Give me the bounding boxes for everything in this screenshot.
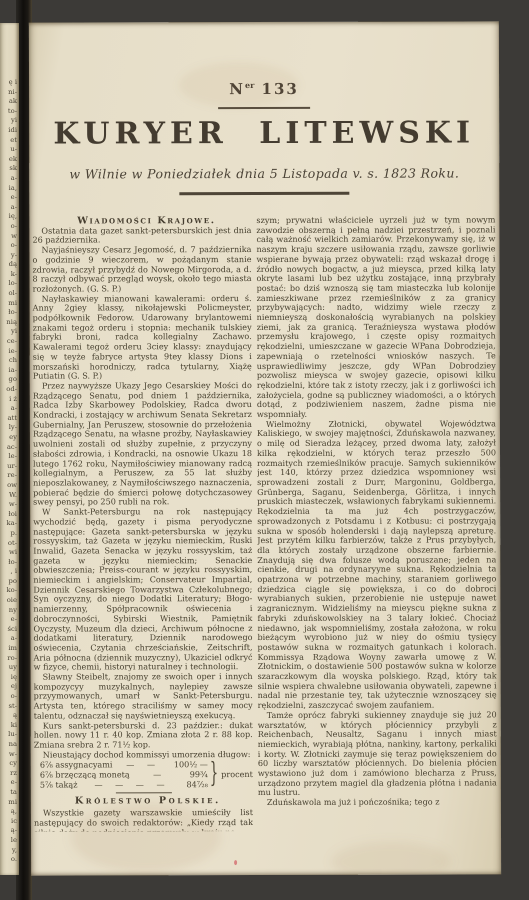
paragraph: Wielmożny Złotnicki, obywatel Województw…: [257, 419, 497, 711]
funds-table: 6⅞ assygnacyami — — 100½ — 6⅞ brzęczącą …: [40, 760, 253, 790]
paragraph: ka-: [0, 519, 17, 529]
funds-rows: 6⅞ assygnacyami — — 100½ — 6⅞ brzęczącą …: [40, 761, 208, 791]
funds-row: 5⅞ takąż — — — — 84⁷⁄₂₈: [40, 780, 208, 790]
funds-label: 5⅞ takąż: [40, 780, 78, 790]
paragraph: re-: [0, 471, 17, 481]
paragraph: w-: [0, 500, 17, 510]
paragraph: Nayłaskawiey mianowani kawalerami: order…: [33, 294, 252, 382]
paragraph: ę i: [0, 78, 17, 88]
paragraph: , i: [0, 567, 17, 577]
paragraph: wi: [0, 548, 17, 558]
paragraph: cy: [0, 759, 17, 769]
paragraph: oie: [0, 596, 17, 606]
funds-value: 84⁷⁄₂₈: [186, 780, 207, 790]
paragraph: ow: [0, 481, 17, 491]
paragraph: y-: [0, 251, 17, 261]
paragraph: ści: [0, 625, 17, 635]
section-divider-rule: [115, 793, 171, 794]
paragraph: ia,: [0, 184, 17, 194]
paragraph: u-: [0, 145, 17, 155]
paragraph: ur-: [0, 462, 17, 472]
paragraph: W.: [0, 491, 17, 501]
left-column: Wiadomości Krajowe. Ostatnia data gazet …: [32, 216, 253, 832]
paragraph: Nayjaśnieyszy Cesarz Jegomość, d. 7 paźd…: [32, 245, 251, 294]
paragraph: w: [0, 232, 17, 242]
paragraph: Ostatnia data gazet sankt-petersburskich…: [32, 226, 251, 246]
facing-page-edge: ę ini-akto-yiidietu-ekska-ia,e-a-ię,o-wo…: [0, 23, 19, 875]
masthead-rule-top: [218, 107, 310, 109]
paragraph: o-: [0, 241, 17, 251]
paragraph: e-: [0, 615, 17, 625]
paragraph: ch: [0, 356, 17, 366]
paragraph: ia-: [0, 366, 17, 376]
paragraph: lu-: [0, 730, 17, 740]
paragraph: ny: [0, 606, 17, 616]
paragraph: Zduńskawola ma już i pończośnika; tego z: [258, 798, 497, 808]
issue-number: Ner 133: [29, 79, 499, 98]
section-heading-kingdom-of-poland: Królestwo Polskie.: [34, 797, 253, 807]
paragraph: e-: [0, 778, 17, 788]
paragraph: Wszystkie gazety warszawskie umieściły l…: [34, 808, 253, 831]
paragraph: yi: [0, 116, 17, 126]
paragraph: dą: [0, 260, 17, 270]
paragraph: ej: [0, 682, 17, 692]
paragraph: Sławny Steibelt, znajomy ze swoich oper …: [34, 672, 253, 721]
red-ink-speck: [234, 860, 237, 865]
paragraph: ą,: [0, 807, 17, 817]
kingdom-of-poland-body: Wszystkie gazety warszawskie umieściły l…: [34, 808, 253, 831]
paragraph: a-: [0, 404, 17, 414]
paragraph: e-: [0, 193, 17, 203]
funds-brace-group: } procentow: [210, 770, 253, 780]
paragraph: szym; prywatni właściciele uyrzeli już w…: [256, 215, 496, 419]
text-columns: Wiadomości Krajowe. Ostatnia data gazet …: [29, 215, 501, 831]
paragraph: ie-: [0, 347, 17, 357]
paragraph: a-: [0, 174, 17, 184]
paragraph: a-: [0, 634, 17, 644]
paragraph: k-: [0, 270, 17, 280]
paragraph: a-: [0, 203, 17, 213]
paragraph: ą-: [0, 826, 17, 836]
paragraph: ce-: [0, 337, 17, 347]
paragraph: ly-: [0, 423, 17, 433]
newspaper-page: Ner 133 KURYER LITEWSKI w Wilnie w Ponie…: [29, 21, 501, 875]
paragraph: ro-: [0, 654, 17, 664]
paragraph: ą: [0, 711, 17, 721]
paragraph: ło-: [0, 558, 17, 568]
paragraph: et: [0, 136, 17, 146]
paragraph: łoi: [0, 510, 17, 520]
paragraph: st-: [0, 702, 17, 712]
paragraph: w-: [0, 750, 17, 760]
paragraph: uy: [0, 663, 17, 673]
paragraph: o.: [0, 855, 17, 865]
funds-dashes: — — — —: [78, 780, 187, 790]
issue-digits: 133: [262, 80, 299, 98]
paragraph: i ż: [0, 395, 17, 405]
paragraph: lo-: [0, 279, 17, 289]
facing-page-text-fragments: ę ini-akto-yiidietu-ekska-ia,e-a-ię,o-wo…: [0, 23, 19, 865]
paragraph: Nieustający dochod kommissyi umorzenia d…: [34, 750, 253, 760]
paragraph: Przez naywyższe Ukazy Jego Cesarskiey Mo…: [33, 381, 252, 508]
paragraph: W Sankt-Petersburgu na rok następujący w…: [33, 507, 252, 673]
paragraph: ta: [0, 788, 17, 798]
dateline: w Wilnie w Poniedziałek dnia 5 Listopada…: [29, 165, 499, 181]
paragraph: Kurs sankt-petersburski d. 23 paździer.:…: [34, 721, 253, 751]
paragraph: ic: [0, 817, 17, 827]
paragraph: ki: [0, 721, 17, 731]
paragraph: nią: [0, 318, 17, 328]
paragraph: ey: [0, 433, 17, 443]
scan-background: { "header": { "issue_prefix": "N", "issu…: [0, 0, 529, 900]
paragraph: le-: [0, 452, 17, 462]
masthead: Ner 133 KURYER LITEWSKI w Wilnie w Ponie…: [29, 21, 499, 195]
left-column-body: Ostatnia data gazet sankt-petersburskich…: [32, 226, 252, 760]
paragraph: im: [0, 644, 17, 654]
paragraph: p.: [0, 529, 17, 539]
paper-stain: [331, 842, 451, 876]
paragraph: Tamże oprócz fabryki sukienney znayduje …: [258, 710, 497, 798]
paragraph: sk: [0, 164, 17, 174]
paragraph: ię: [0, 673, 17, 683]
paragraph: od-: [0, 385, 17, 395]
paragraph: o-: [0, 222, 17, 232]
funds-brace-label: procentow: [221, 770, 253, 780]
newspaper-title: KURYER LITEWSKI: [29, 115, 499, 151]
paragraph: mi: [0, 299, 17, 309]
paragraph: ni-: [0, 88, 17, 98]
paragraph: le: [0, 836, 17, 846]
paragraph: att: [0, 414, 17, 424]
paragraph: ak: [0, 97, 17, 107]
paragraph: ko-: [0, 586, 17, 596]
paragraph: ol-: [0, 289, 17, 299]
paragraph: go: [0, 375, 17, 385]
right-column: szym; prywatni właściciele uyrzeli już w…: [256, 215, 497, 831]
paragraph: y,: [0, 846, 17, 856]
paragraph: yi: [0, 327, 17, 337]
paragraph: to-: [0, 107, 17, 117]
paragraph: ot-: [0, 539, 17, 549]
paragraph: mi: [0, 798, 17, 808]
paragraph: rz: [0, 769, 17, 779]
paragraph: ło-: [0, 308, 17, 318]
brace-glyph: }: [210, 765, 218, 785]
paragraph: ię,: [0, 212, 17, 222]
paragraph: o-: [0, 692, 17, 702]
paragraph: po: [0, 577, 17, 587]
paragraph: na: [0, 740, 17, 750]
issue-superscript: er: [245, 80, 254, 90]
issue-prefix: N: [229, 80, 245, 98]
paragraph: ek: [0, 155, 17, 165]
paragraph: ac-: [0, 443, 17, 453]
paragraph: idi: [0, 126, 17, 136]
masthead-rule-bottom: [179, 192, 349, 195]
